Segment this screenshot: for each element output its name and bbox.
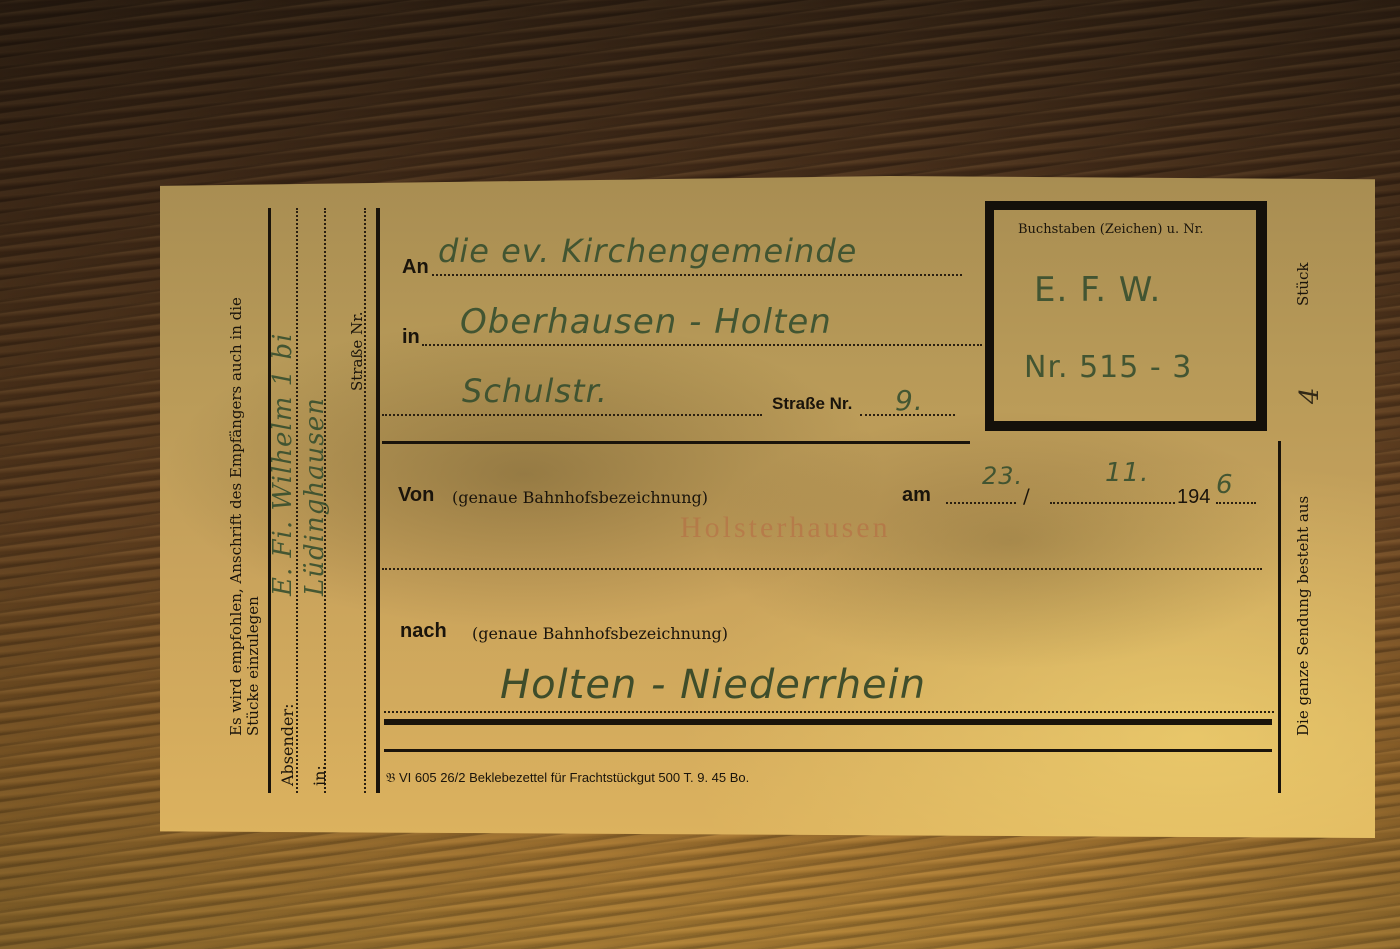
date-day-handwritten: 23. — [982, 462, 1023, 490]
von-sublabel: (genaue Bahnhofsbezeichnung) — [452, 488, 708, 507]
sender-note: Es wird empfohlen, Anschrift des Empfäng… — [228, 266, 262, 736]
sender-town-handwritten: Lüdinghausen — [300, 397, 330, 596]
von-dotted-line — [382, 568, 1262, 570]
an-label: An — [402, 256, 429, 279]
main-left-rule — [377, 208, 380, 793]
pieces-text: Die ganze Sendung besteht aus — [1294, 496, 1312, 736]
thick-rule-top — [384, 719, 1272, 725]
von-label: Von — [398, 484, 434, 507]
date-day-dotted-line — [946, 502, 1016, 504]
print-code-footer: 𝔅 VI 605 26/2 Beklebezettel für Frachtst… — [386, 770, 749, 786]
pieces-column-rule — [1278, 441, 1281, 793]
sender-strasse-label: Straße Nr. — [348, 312, 366, 392]
date-year-prefix: 194 — [1177, 486, 1210, 509]
recipient-name-handwritten: die ev. Kirchengemeinde — [438, 232, 857, 270]
nach-sublabel: (genaue Bahnhofsbezeichnung) — [472, 624, 728, 643]
date-separator: / — [1023, 484, 1030, 508]
pieces-unit: Stück — [1294, 263, 1312, 306]
date-year-dotted-line — [1216, 502, 1256, 504]
absender-label: Absender: — [278, 703, 297, 786]
in-dotted-line — [422, 344, 982, 346]
date-am-label: am — [902, 484, 931, 507]
date-year-suffix-handwritten: 6 — [1216, 470, 1234, 500]
recipient-divider — [382, 441, 970, 444]
marking-box-header: Buchstaben (Zeichen) u. Nr. — [1018, 222, 1204, 237]
marking-letters-handwritten: E. F. W. — [1034, 270, 1161, 310]
pieces-count-handwritten: 4 — [1295, 386, 1325, 404]
marking-number-handwritten: Nr. 515 - 3 — [1024, 350, 1192, 385]
freight-label: Es wird empfohlen, Anschrift des Empfäng… — [160, 176, 1375, 838]
sender-in-label: in: — [310, 765, 329, 786]
recipient-street-handwritten: Schulstr. — [462, 372, 608, 410]
street-dotted-line — [382, 414, 762, 416]
an-dotted-line — [432, 274, 962, 276]
in-label: in — [402, 326, 420, 349]
thick-rule-bottom — [384, 749, 1272, 752]
nach-label: nach — [400, 620, 447, 643]
destination-handwritten: Holten - Niederrhein — [500, 662, 926, 708]
recipient-town-handwritten: Oberhausen - Holten — [460, 302, 832, 342]
sender-dotted-line-strasse — [364, 208, 366, 793]
sender-name-handwritten: E. Fi. Wilhelm 1 bi — [268, 333, 298, 596]
faint-station-stamp: Holsterhausen — [680, 511, 891, 545]
recipient-house-number-handwritten: 9. — [895, 384, 924, 417]
marking-box: Buchstaben (Zeichen) u. Nr. E. F. W. Nr.… — [985, 201, 1267, 431]
nach-dotted-line — [384, 711, 1274, 713]
date-month-handwritten: 11. — [1105, 458, 1149, 488]
strasse-nr-label: Straße Nr. — [772, 394, 852, 414]
date-month-dotted-line — [1050, 502, 1175, 504]
